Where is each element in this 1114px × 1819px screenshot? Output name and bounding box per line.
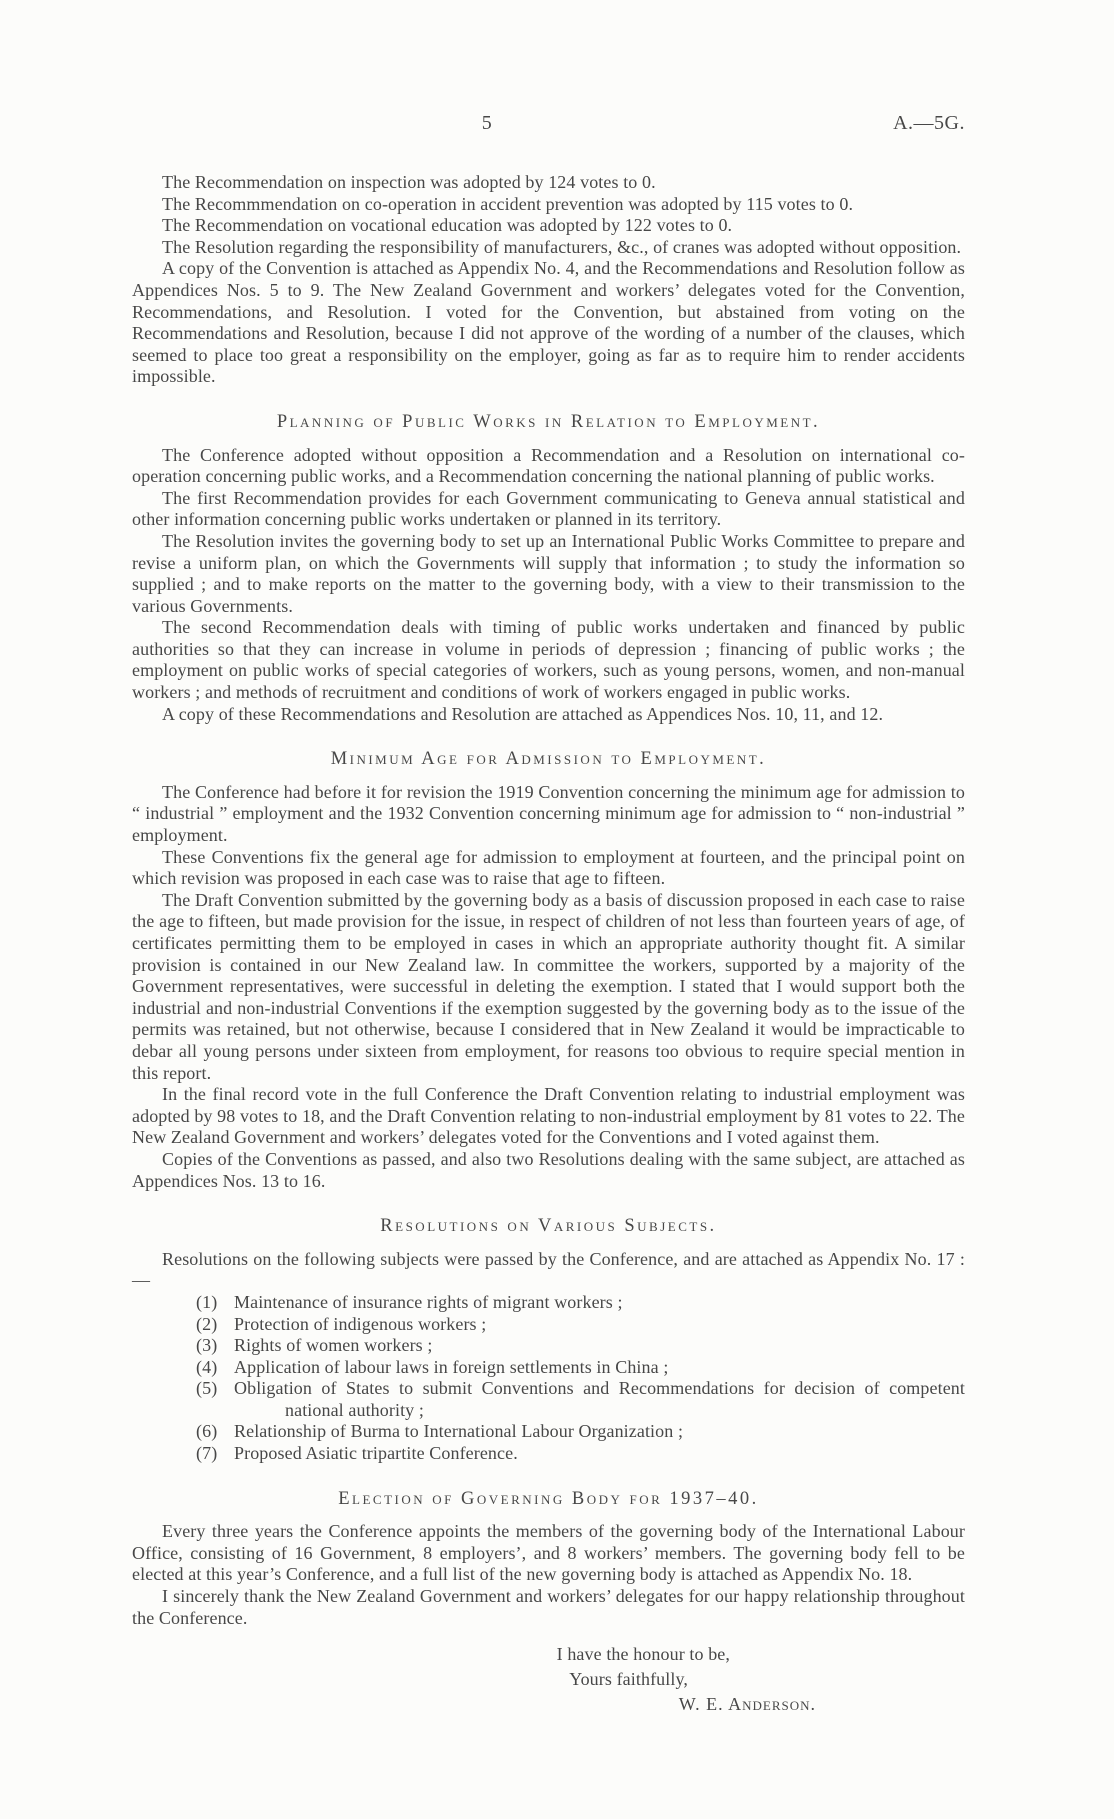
list-item: (6)Relationship of Burma to Internationa…	[196, 1421, 965, 1443]
paragraph: Every three years the Conference appoint…	[132, 1521, 965, 1586]
closing-faithfully-line: Yours faithfully,	[132, 1667, 688, 1692]
paragraph: I sincerely thank the New Zealand Govern…	[132, 1586, 965, 1629]
list-item: (7)Proposed Asiatic tripartite Conferenc…	[196, 1443, 965, 1465]
list-item: (3)Rights of women workers ;	[196, 1335, 965, 1357]
paragraph: Resolutions on the following subjects we…	[132, 1249, 965, 1292]
paragraph: The Recommendation on inspection was ado…	[132, 172, 965, 194]
list-item: (4)Application of labour laws in foreign…	[196, 1357, 965, 1379]
list-item-number: (1)	[196, 1292, 234, 1314]
running-head: 5 A.—5G.	[132, 112, 965, 138]
paragraph: The Conference adopted without oppositio…	[132, 445, 965, 488]
signature: W. E. Anderson.	[132, 1692, 816, 1717]
list-item: (5)Obligation of States to submit Conven…	[196, 1378, 965, 1421]
section-heading-election-governing-body: Election of Governing Body for 1937–40.	[132, 1489, 965, 1511]
list-item-text: Protection of indigenous workers ;	[234, 1314, 486, 1334]
list-item-number: (7)	[196, 1443, 234, 1465]
list-item: (2)Protection of indigenous workers ;	[196, 1314, 965, 1336]
document-page: 5 A.—5G. The Recommendation on inspectio…	[0, 0, 1114, 1819]
paragraph: The Resolution regarding the responsibil…	[132, 237, 965, 259]
paragraph: The Conference had before it for revisio…	[132, 782, 965, 847]
paragraph: A copy of these Recommendations and Reso…	[132, 704, 965, 726]
section-heading-minimum-age: Minimum Age for Admission to Employment.	[132, 749, 965, 771]
list-item-text: Obligation of States to submit Conventio…	[234, 1378, 965, 1420]
page-number: 5	[475, 112, 499, 135]
list-item-text: Proposed Asiatic tripartite Conference.	[234, 1443, 518, 1463]
paragraph: The Recommendation on vocational educati…	[132, 215, 965, 237]
document-body: The Recommendation on inspection was ado…	[132, 172, 965, 1717]
paragraph: The second Recommendation deals with tim…	[132, 617, 965, 703]
list-item-number: (6)	[196, 1421, 234, 1443]
list-item: (1)Maintenance of insurance rights of mi…	[196, 1292, 965, 1314]
document-reference: A.—5G.	[893, 112, 965, 135]
paragraph: These Conventions fix the general age fo…	[132, 847, 965, 890]
paragraph: The first Recommendation provides for ea…	[132, 488, 965, 531]
list-item-text: Application of labour laws in foreign se…	[234, 1357, 668, 1377]
closing-honour-line: I have the honour to be,	[132, 1642, 730, 1667]
paragraph: The Resolution invites the governing bod…	[132, 531, 965, 617]
section-heading-planning-public-works: Planning of Public Works in Relation to …	[132, 412, 965, 434]
paragraph: Copies of the Conventions as passed, and…	[132, 1149, 965, 1192]
paragraph: The Recommmendation on co-operation in a…	[132, 194, 965, 216]
list-item-text: Relationship of Burma to International L…	[234, 1421, 683, 1441]
resolution-list: (1)Maintenance of insurance rights of mi…	[196, 1292, 965, 1465]
section-heading-resolutions: Resolutions on Various Subjects.	[132, 1216, 965, 1238]
list-item-number: (2)	[196, 1314, 234, 1336]
closing-block: I have the honour to be, Yours faithfull…	[132, 1642, 965, 1717]
list-item-text: Maintenance of insurance rights of migra…	[234, 1292, 623, 1312]
paragraph: The Draft Convention submitted by the go…	[132, 890, 965, 1084]
paragraph: In the final record vote in the full Con…	[132, 1084, 965, 1149]
list-item-text: Rights of women workers ;	[234, 1335, 432, 1355]
paragraph: A copy of the Convention is attached as …	[132, 258, 965, 388]
list-item-number: (3)	[196, 1335, 234, 1357]
list-item-number: (4)	[196, 1357, 234, 1379]
list-item-number: (5)	[196, 1378, 234, 1400]
